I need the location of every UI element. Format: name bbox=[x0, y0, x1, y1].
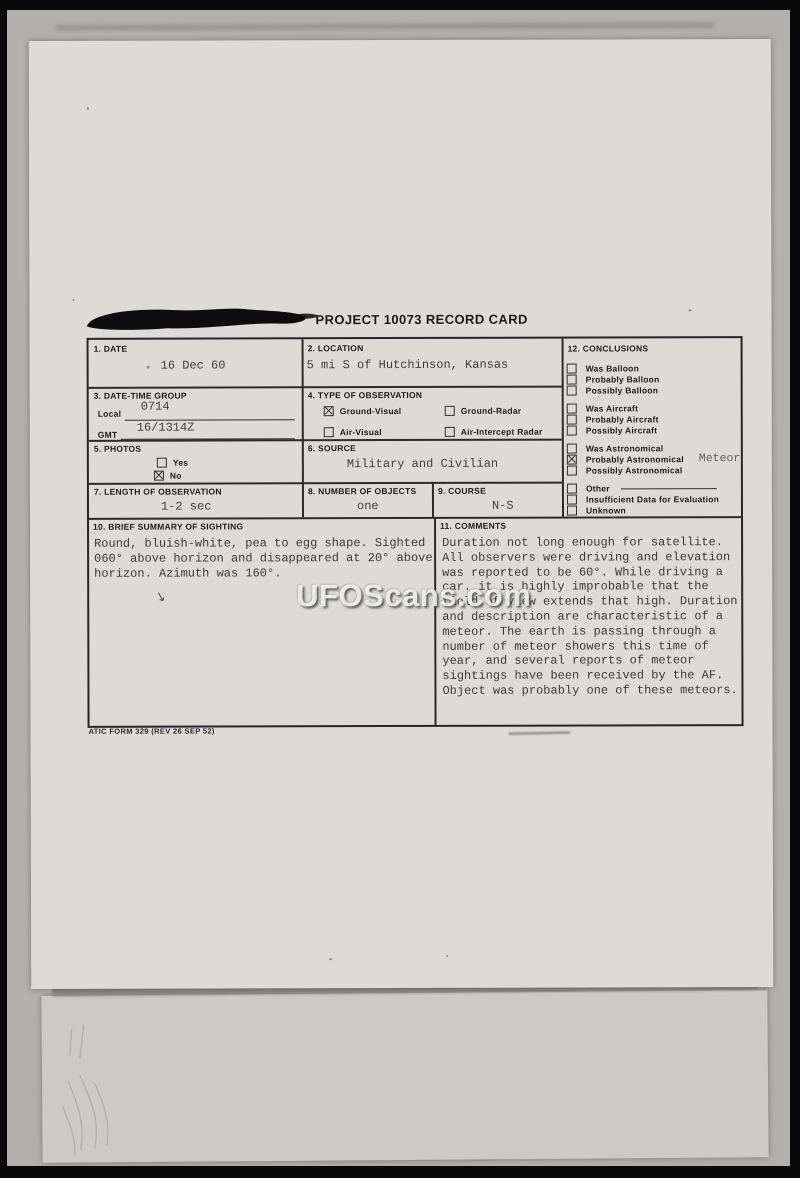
conclusion-item: Possibly Balloon bbox=[567, 384, 719, 395]
location-label: 2. LOCATION bbox=[308, 343, 364, 353]
photos-option-label: Yes bbox=[173, 458, 188, 468]
checkbox-icon bbox=[567, 483, 577, 493]
paper-speck bbox=[688, 309, 691, 311]
comments-label: 11. COMMENTS bbox=[440, 521, 506, 531]
conclusion-item-label: Possibly Balloon bbox=[586, 385, 659, 395]
observation-option: Ground-Visual bbox=[324, 406, 402, 416]
checkbox-icon bbox=[445, 406, 455, 416]
observation-option-label: Ground-Visual bbox=[340, 406, 402, 416]
gmt-time-label: GMT bbox=[98, 430, 118, 440]
conclusion-item-label: Probably Aircraft bbox=[586, 414, 659, 424]
checkbox-icon bbox=[157, 458, 167, 468]
conclusions-group-other: Other Insufficient Data for Evaluation U… bbox=[567, 482, 719, 515]
checkbox-icon bbox=[324, 427, 334, 437]
watermark-text: UFOScans.com bbox=[296, 578, 531, 615]
paper-speck bbox=[87, 107, 89, 110]
conclusion-item-label: Possibly Astronomical bbox=[586, 465, 683, 475]
checkbox-icon bbox=[567, 363, 577, 373]
observation-option-label: Air-Intercept Radar bbox=[461, 427, 543, 437]
divider bbox=[302, 339, 304, 517]
conclusions-label: 12. CONCLUSIONS bbox=[568, 343, 649, 353]
conclusion-item-label: Was Astronomical bbox=[586, 443, 664, 453]
astronomical-note-value: Meteor bbox=[699, 452, 740, 465]
brief-summary-label: 10. BRIEF SUMMARY OF SIGHTING bbox=[93, 521, 243, 531]
conclusion-item-label: Was Aircraft bbox=[586, 403, 638, 413]
photos-option: No bbox=[154, 471, 182, 481]
checkbox-icon bbox=[567, 385, 577, 395]
conclusion-item: Probably Aircraft bbox=[567, 413, 719, 424]
checkbox-icon bbox=[154, 471, 164, 481]
photos-option-label: No bbox=[170, 471, 182, 481]
conclusion-item: Possibly Aircraft bbox=[567, 424, 719, 435]
conclusion-item-label: Probably Balloon bbox=[586, 374, 660, 384]
conclusions-group-astronomical: Was Astronomical Probably Astronomical P… bbox=[567, 442, 719, 475]
divider bbox=[89, 386, 562, 389]
gmt-time-value: 16/1314Z bbox=[137, 421, 195, 435]
length-of-observation-label: 7. LENGTH OF OBSERVATION bbox=[94, 486, 222, 496]
source-label: 6. SOURCE bbox=[308, 443, 356, 453]
checkbox-icon bbox=[567, 403, 577, 413]
conclusion-item: Probably Balloon bbox=[567, 373, 719, 384]
conclusion-item: Probably Astronomical bbox=[567, 453, 719, 464]
checkbox-icon bbox=[567, 494, 577, 504]
length-of-observation-value: 1-2 sec bbox=[161, 499, 211, 513]
divider bbox=[434, 517, 436, 725]
observation-option-label: Ground-Radar bbox=[461, 406, 522, 416]
conclusion-item: Possibly Astronomical bbox=[567, 464, 719, 475]
paper-speck bbox=[446, 955, 448, 957]
conclusion-item-label: Unknown bbox=[586, 505, 626, 515]
photos-option: Yes bbox=[157, 458, 188, 468]
record-card-table: 1. DATE 16 Dec 60 2. LOCATION 5 mi S of … bbox=[87, 336, 744, 728]
source-value: Military and Civilian bbox=[347, 457, 498, 471]
photos-label: 5. PHOTOS bbox=[94, 444, 141, 454]
checkbox-icon bbox=[324, 406, 334, 416]
checkbox-icon bbox=[567, 443, 577, 453]
pencil-scratches bbox=[49, 1010, 170, 1161]
checkbox-icon bbox=[445, 427, 455, 437]
brief-summary-text: Round, bluish-white, pea to egg shape. S… bbox=[94, 536, 434, 581]
conclusion-item-label: Probably Astronomical bbox=[586, 454, 684, 464]
conclusion-item: Was Astronomical bbox=[567, 442, 719, 453]
conclusions-list: Was Balloon Probably Balloon Possibly Ba… bbox=[567, 362, 720, 522]
checkbox-icon bbox=[567, 374, 577, 384]
number-of-objects-label: 8. NUMBER OF OBJECTS bbox=[308, 486, 416, 496]
paper-speck bbox=[329, 958, 332, 960]
conclusion-item-label: Was Balloon bbox=[586, 363, 639, 373]
paper-speck bbox=[72, 299, 74, 301]
conclusion-item: Other bbox=[567, 482, 719, 493]
redaction-mark bbox=[79, 300, 320, 343]
underlying-page bbox=[41, 990, 768, 1163]
conclusion-item: Insufficient Data for Evaluation bbox=[567, 493, 719, 504]
location-value: 5 mi S of Hutchinson, Kansas bbox=[307, 358, 509, 373]
stray-dot bbox=[147, 366, 150, 369]
type-of-observation-label: 4. TYPE OF OBSERVATION bbox=[308, 390, 423, 400]
course-value: N-S bbox=[492, 499, 514, 513]
conclusion-item-label: Insufficient Data for Evaluation bbox=[586, 494, 719, 504]
conclusions-group-aircraft: Was Aircraft Probably Aircraft Possibly … bbox=[567, 402, 719, 435]
divider bbox=[562, 339, 564, 517]
conclusions-group-balloon: Was Balloon Probably Balloon Possibly Ba… bbox=[567, 362, 719, 395]
checkbox-icon bbox=[567, 454, 577, 464]
divider bbox=[89, 482, 562, 485]
page-title: PROJECT 10073 RECORD CARD bbox=[315, 312, 527, 328]
observation-option: Air-Intercept Radar bbox=[445, 427, 543, 437]
date-label: 1. DATE bbox=[94, 344, 128, 354]
checkbox-icon bbox=[567, 505, 577, 515]
conclusion-item: Was Aircraft bbox=[567, 402, 719, 413]
date-value: 16 Dec 60 bbox=[161, 358, 226, 372]
observation-option-label: Air-Visual bbox=[340, 427, 382, 437]
course-label: 9. COURSE bbox=[438, 486, 486, 496]
observation-option: Air-Visual bbox=[324, 427, 382, 437]
conclusion-item-label: Possibly Aircraft bbox=[586, 425, 658, 435]
conclusion-item: Unknown bbox=[567, 504, 719, 515]
divider bbox=[432, 482, 434, 517]
observation-option: Ground-Radar bbox=[445, 406, 522, 416]
conclusion-item: Was Balloon bbox=[567, 362, 719, 373]
form-number-footer: ATIC FORM 329 (REV 26 SEP 52) bbox=[89, 726, 215, 735]
record-card-page: PROJECT 10073 RECORD CARD 1. DATE 16 Dec… bbox=[29, 39, 773, 989]
local-time-value: 0714 bbox=[141, 400, 170, 414]
checkbox-icon bbox=[567, 425, 577, 435]
number-of-objects-value: one bbox=[357, 499, 379, 513]
checkbox-icon bbox=[567, 465, 577, 475]
other-fill-in-line bbox=[621, 487, 717, 489]
ink-smudge bbox=[509, 731, 571, 735]
conclusion-item-label: Other bbox=[586, 483, 610, 493]
local-time-label: Local bbox=[98, 409, 121, 419]
checkbox-icon bbox=[567, 414, 577, 424]
comments-text: Duration not long enough for satellite. … bbox=[442, 535, 744, 699]
